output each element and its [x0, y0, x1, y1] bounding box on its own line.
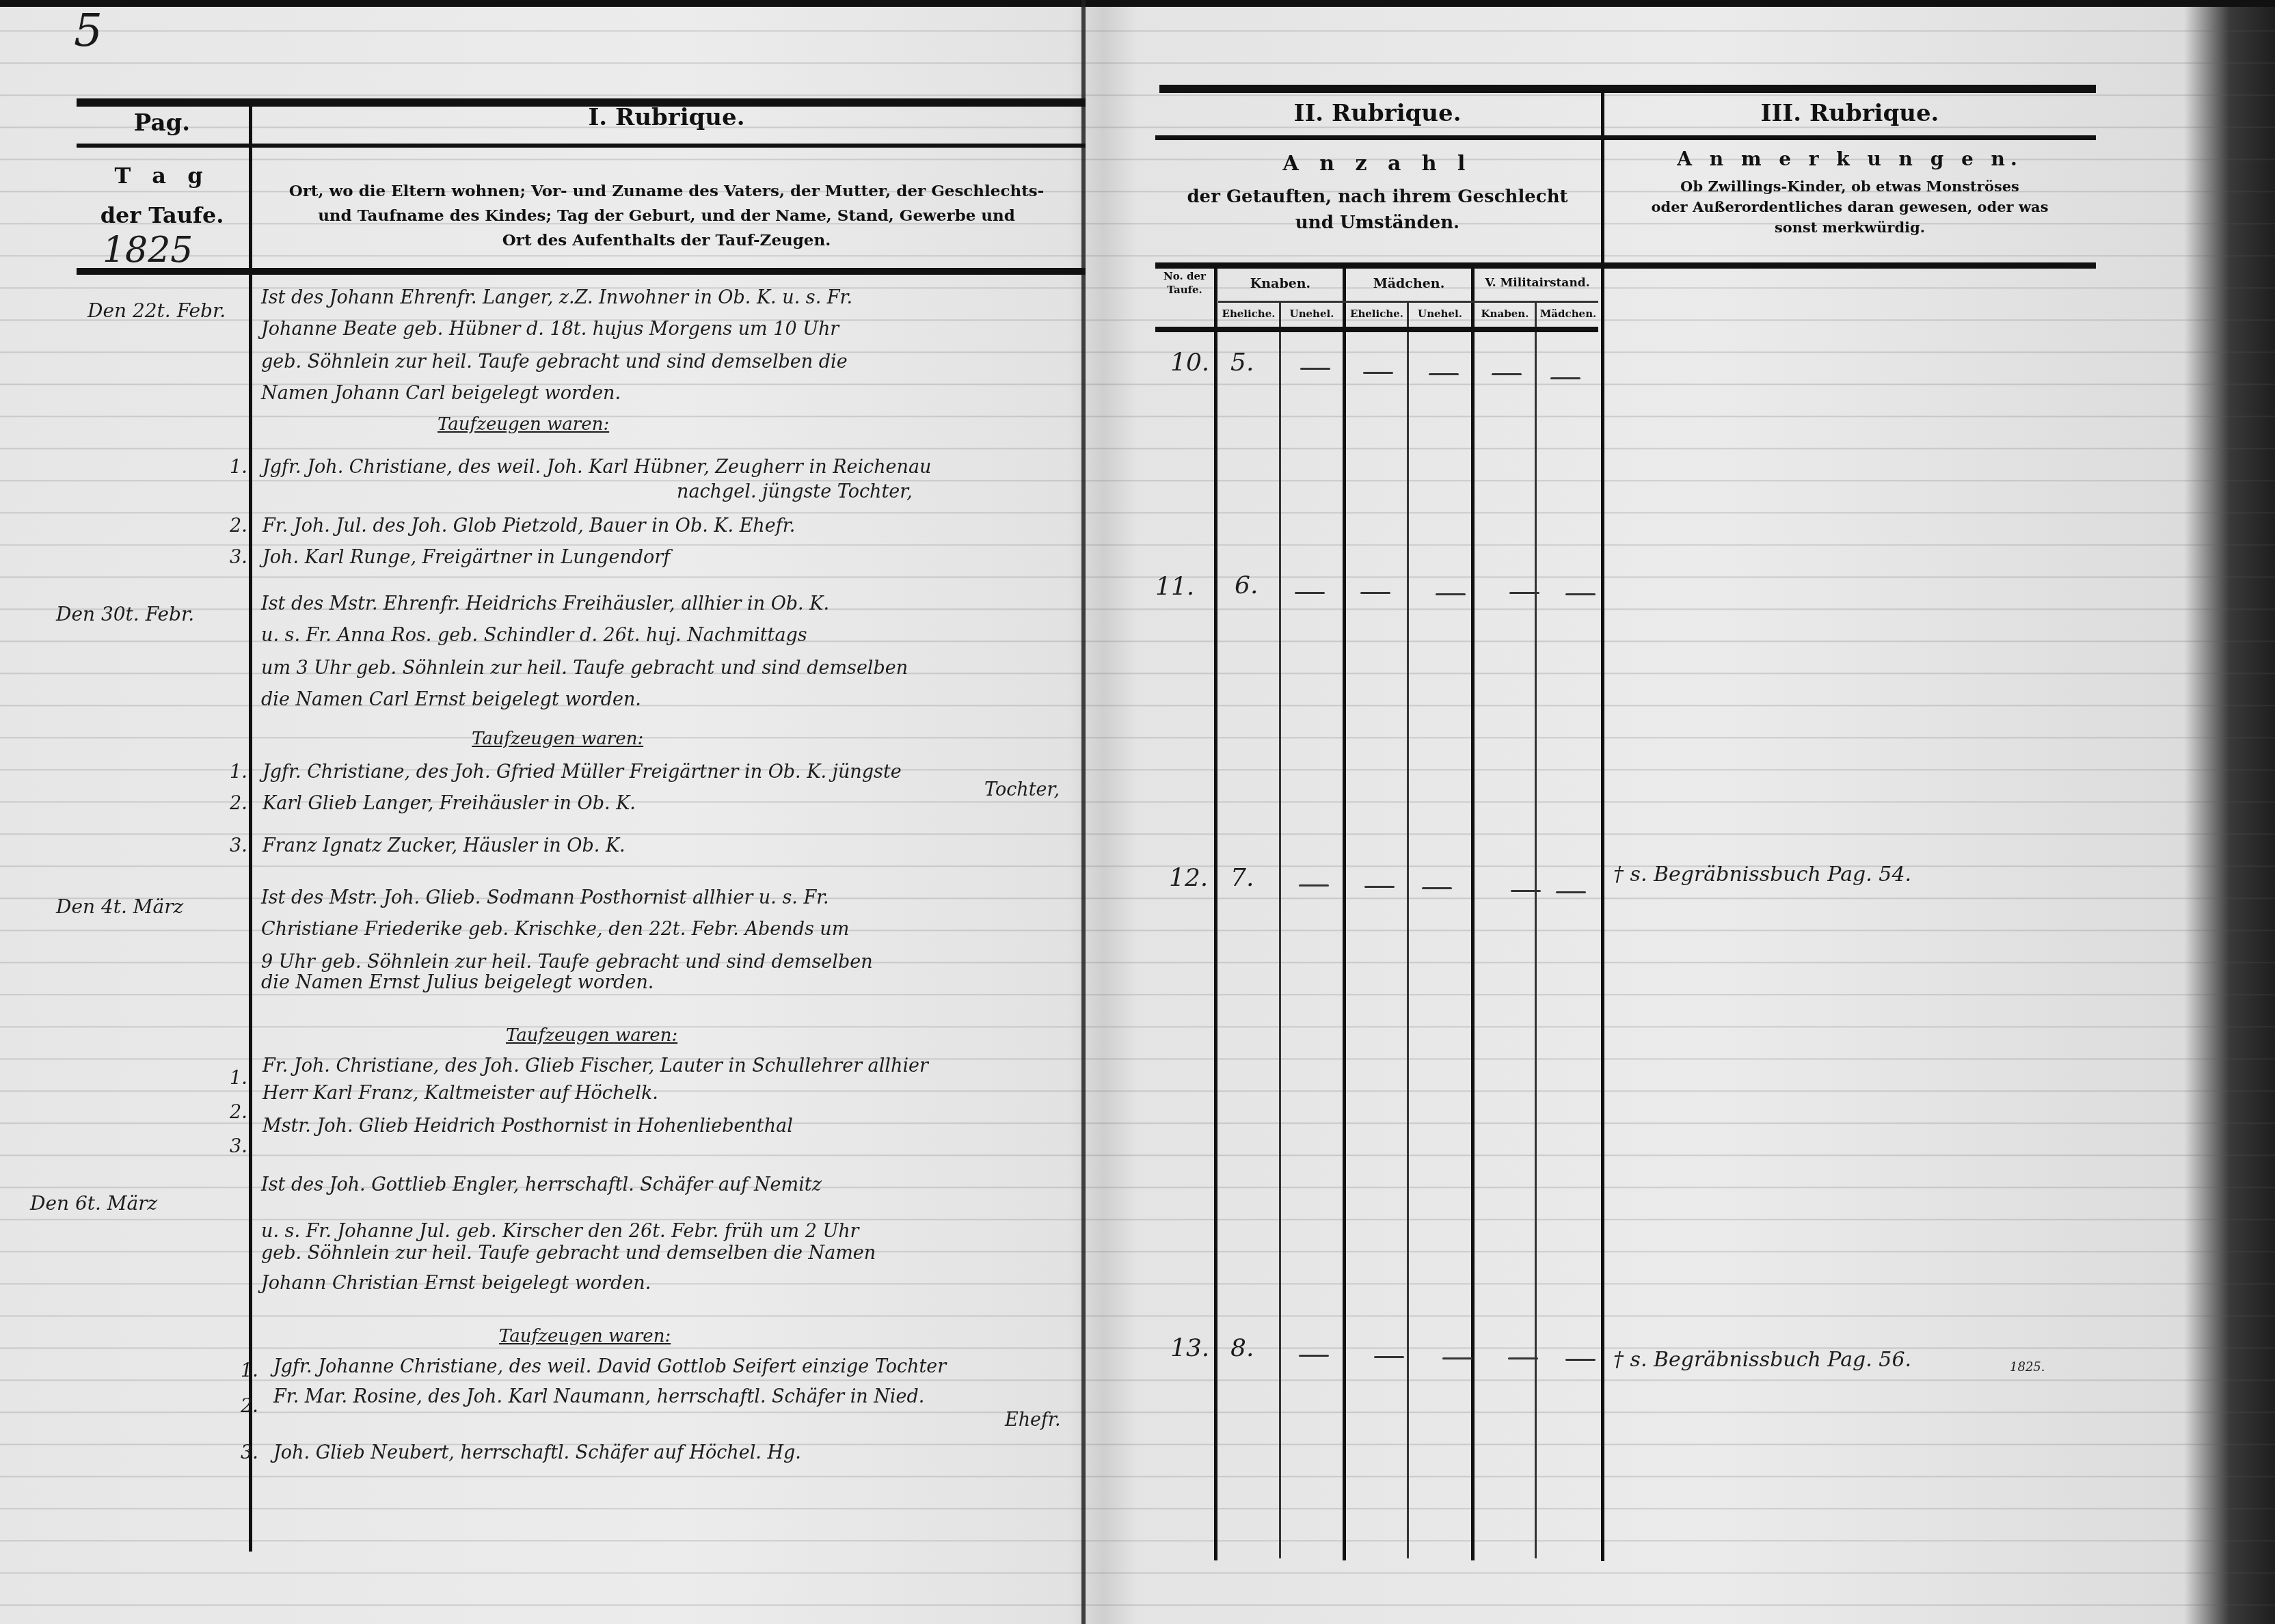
maedchen-heading: Mädchen.: [1347, 276, 1471, 291]
witness-text: Joh. Karl Runge, Freigärtner in Lungendo…: [262, 547, 670, 568]
empty-count-dash: [1556, 891, 1586, 893]
witness-text: Herr Karl Franz, Kaltmeister auf Höchelk…: [262, 1083, 658, 1104]
remark-burial-reference: † s. Begräbnissbuch Pag. 56.: [1613, 1348, 1911, 1372]
witness-text: nachgel. jüngste Tochter,: [677, 481, 913, 502]
baptism-date: Den 4t. März: [56, 895, 183, 918]
empty-count-dash: [1508, 1357, 1538, 1359]
witness-heading: Taufzeugen waren:: [506, 1025, 677, 1046]
empty-count-dash: [1364, 886, 1395, 888]
empty-count-dash: [1429, 373, 1459, 375]
baptism-date: Den 6t. März: [30, 1192, 157, 1215]
entry-text-line: die Namen Ernst Julius beigelegt worden.: [261, 972, 654, 993]
knaben-ehelich-count: 6.: [1235, 571, 1258, 599]
witness-number: 3.: [230, 1136, 247, 1157]
rubrique-3-desc-line3: oder Außerordentliches daran gewesen, od…: [1605, 197, 2095, 217]
witness-number: 1.: [230, 761, 247, 783]
witness-number: 2.: [230, 515, 247, 537]
der-taufe-heading: der Taufe.: [77, 202, 247, 228]
maedchen-unehel-heading: Unehel.: [1409, 308, 1471, 320]
witness-number: 3.: [230, 547, 247, 568]
empty-count-dash: [1299, 884, 1329, 887]
witness-text: Karl Glieb Langer, Freihäusler in Ob. K.: [262, 793, 636, 814]
col-divider-militair: [1471, 269, 1475, 1560]
right-header-mid-rule: [1155, 135, 2096, 140]
rubrique-3-title: III. Rubrique.: [1605, 100, 2095, 127]
militairstand-heading: V. Militairstand.: [1475, 276, 1600, 290]
right-header-bottom-rule: [1155, 262, 2096, 269]
entry-text-line: Ist des Johann Ehrenfr. Langer, z.Z. Inw…: [261, 287, 852, 308]
witness-text: Joh. Glieb Neubert, herrschaftl. Schäfer…: [273, 1442, 801, 1463]
empty-count-dash: [1550, 377, 1580, 379]
rubrique-1-desc-line3: Ort des Aufenthalts der Tauf-Zeugen.: [253, 228, 1080, 253]
remark-year: 1825.: [2010, 1360, 2045, 1375]
entry-text-line: Namen Johann Carl beigelegt worden.: [261, 383, 621, 404]
empty-count-dash: [1509, 592, 1539, 594]
rubrique-2-3-divider: [1601, 92, 1604, 1561]
witness-text: Jgfr. Joh. Christiane, des weil. Joh. Ka…: [262, 457, 931, 478]
empty-count-dash: [1436, 593, 1466, 595]
empty-count-dash: [1299, 1355, 1329, 1357]
entry-text-line: geb. Söhnlein zur heil. Taufe gebracht u…: [261, 351, 848, 373]
rubrique-1-desc-line1: Ort, wo die Eltern wohnen; Vor- und Zuna…: [253, 179, 1080, 204]
witness-text: Jgfr. Christiane, des Joh. Gfried Müller…: [262, 761, 902, 783]
header-mid-rule: [77, 144, 1086, 148]
witness-heading: Taufzeugen waren:: [437, 414, 609, 435]
entry-text-line: u. s. Fr. Johanne Jul. geb. Kirscher den…: [261, 1221, 859, 1242]
witness-text: Fr. Joh. Christiane, des Joh. Glieb Fisc…: [262, 1055, 928, 1077]
witness-number: 3.: [230, 835, 247, 856]
entry-text-line: u. s. Fr. Anna Ros. geb. Schindler d. 26…: [261, 625, 807, 646]
date-column-divider: [249, 103, 252, 1552]
empty-count-dash: [1363, 372, 1393, 374]
no-der-taufe-heading: No. der Taufe.: [1155, 269, 1214, 297]
entry-text-line: Ist des Mstr. Joh. Glieb. Sodmann Postho…: [261, 887, 829, 908]
empty-count-dash: [1360, 592, 1390, 594]
entry-text-line: Johanne Beate geb. Hübner d. 18t. hujus …: [261, 319, 839, 340]
witness-text: Tochter,: [984, 779, 1060, 800]
baptism-number: 12.: [1169, 864, 1208, 892]
witness-number: 2.: [230, 1102, 247, 1123]
empty-count-dash: [1511, 890, 1541, 892]
witness-number: 3.: [241, 1442, 258, 1463]
entry-text-line: Ist des Joh. Gottlieb Engler, herrschaft…: [261, 1174, 822, 1195]
anmerkungen-heading: A n m e r k u n g e n.: [1605, 148, 2095, 170]
witness-number: 2.: [241, 1396, 258, 1417]
militair-knaben-heading: Knaben.: [1475, 308, 1535, 320]
empty-count-dash: [1565, 1359, 1596, 1361]
witness-heading: Taufzeugen waren:: [472, 729, 643, 749]
knaben-ehelich-count: 8.: [1230, 1334, 1254, 1362]
witness-text: Mstr. Joh. Glieb Heidrich Posthornist in…: [262, 1115, 793, 1137]
col-divider-no: [1214, 269, 1217, 1560]
witness-text: Jgfr. Johanne Christiane, des weil. Davi…: [273, 1356, 946, 1377]
year-handwritten: 1825: [103, 230, 193, 271]
tag-heading: T a g: [77, 163, 247, 189]
header-bottom-rule: [77, 268, 1086, 275]
entry-text-line: die Namen Carl Ernst beigelegt worden.: [261, 689, 641, 710]
right-header-top-rule: [1159, 85, 2096, 93]
rubrique-3-desc-line4: sonst merkwürdig.: [1605, 217, 2095, 238]
empty-count-dash: [1442, 1357, 1472, 1359]
empty-count-dash: [1374, 1356, 1404, 1358]
witness-text: Ehefr.: [1005, 1409, 1061, 1431]
anzahl-heading: A n z a h l: [1155, 152, 1600, 176]
knaben-ehel-heading: Eheliche.: [1218, 308, 1279, 320]
witness-text: Fr. Joh. Jul. des Joh. Glob Pietzold, Ba…: [262, 515, 795, 537]
empty-count-dash: [1295, 592, 1325, 594]
pag-heading: Pag.: [77, 109, 247, 137]
entry-text-line: geb. Söhnlein zur heil. Taufe gebracht u…: [261, 1243, 876, 1264]
entry-text-line: um 3 Uhr geb. Söhnlein zur heil. Taufe g…: [261, 658, 908, 679]
knaben-ehelich-count: 5.: [1230, 349, 1254, 377]
witness-text: Fr. Mar. Rosine, des Joh. Karl Naumann, …: [273, 1386, 924, 1407]
baptism-number: 10.: [1170, 349, 1209, 377]
maedchen-ehel-heading: Eheliche.: [1347, 308, 1407, 320]
col-divider-knaben: [1279, 301, 1281, 1558]
remark-burial-reference: † s. Begräbnissbuch Pag. 54.: [1613, 863, 1911, 887]
subheader-rule: [1218, 301, 1598, 303]
rubrique-2-title: II. Rubrique.: [1155, 100, 1600, 127]
empty-count-dash: [1300, 368, 1330, 370]
col-divider-maedchen-sub: [1407, 301, 1409, 1558]
entry-text-line: 9 Uhr geb. Söhnlein zur heil. Taufe gebr…: [261, 951, 873, 973]
entry-text-line: Christiane Friederike geb. Krischke, den…: [261, 919, 849, 940]
scan-edge-shadow: [0, 0, 2275, 7]
empty-count-dash: [1565, 593, 1596, 595]
witness-number: 1.: [241, 1360, 258, 1381]
baptism-number: 11.: [1155, 573, 1194, 601]
knaben-heading: Knaben.: [1218, 276, 1343, 291]
witness-text: Franz Ignatz Zucker, Häusler in Ob. K.: [262, 835, 625, 856]
militair-maedchen-heading: Mädchen.: [1537, 308, 1600, 320]
empty-count-dash: [1422, 887, 1452, 889]
rubrique-3-desc-line2: Ob Zwillings-Kinder, ob etwas Monströses: [1605, 176, 2095, 197]
empty-count-dash: [1492, 373, 1522, 375]
baptism-date: Den 22t. Febr.: [87, 299, 226, 322]
witness-number: 1.: [230, 1068, 247, 1089]
rubrique-2-desc-line2: der Getauften, nach ihrem Geschlecht: [1155, 185, 1600, 209]
count-header-bottom-rule: [1155, 327, 1598, 332]
register-spread: 5 Pag. T a g der Taufe. 1825 I. Rubrique…: [0, 0, 2275, 1624]
witness-number: 2.: [230, 793, 247, 814]
book-gutter: [1081, 0, 1086, 1624]
rubrique-1-desc-line2: und Taufname des Kindes; Tag der Geburt,…: [253, 204, 1080, 228]
entry-text-line: Ist des Mstr. Ehrenfr. Heidrichs Freihäu…: [261, 593, 829, 614]
witness-heading: Taufzeugen waren:: [499, 1326, 671, 1346]
rubrique-2-desc-line3: und Umständen.: [1155, 211, 1600, 235]
entry-text-line: Johann Christian Ernst beigelegt worden.: [261, 1273, 651, 1294]
page-number: 5: [74, 4, 103, 57]
knaben-ehelich-count: 7.: [1230, 864, 1254, 892]
col-divider-maedchen: [1343, 269, 1346, 1560]
col-divider-militair-sub: [1535, 301, 1537, 1558]
knaben-unehel-heading: Unehel.: [1281, 308, 1343, 320]
baptism-number: 13.: [1170, 1334, 1209, 1362]
rubrique-1-title: I. Rubrique.: [253, 104, 1080, 131]
witness-number: 1.: [230, 457, 247, 478]
baptism-date: Den 30t. Febr.: [56, 603, 194, 625]
